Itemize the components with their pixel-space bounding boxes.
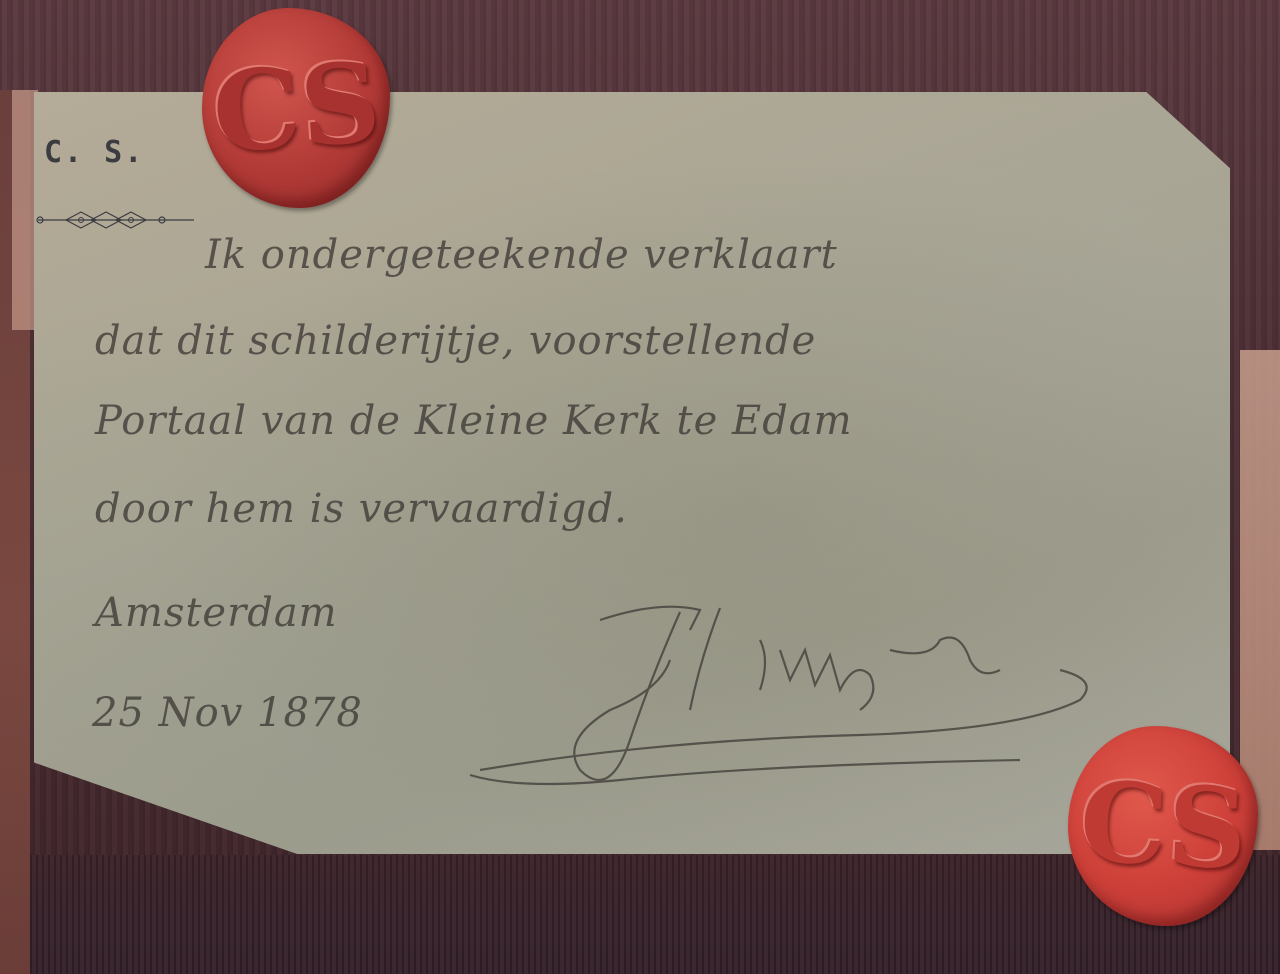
seal-monogram: CS <box>1077 767 1250 886</box>
handwritten-line-4: door hem is vervaardigd. <box>95 486 628 532</box>
handwritten-date: 25 Nov 1878 <box>92 690 363 736</box>
handwritten-line-1: Ik ondergeteekende verklaart <box>205 232 838 278</box>
handwritten-line-2: dat dit schilderijtje, voorstellende <box>95 318 816 364</box>
handwritten-place: Amsterdam <box>95 590 338 636</box>
signature-icon <box>460 600 1100 810</box>
ornament-rule-icon <box>36 210 196 230</box>
printed-initials: C. S. <box>44 135 144 170</box>
seal-monogram: CS <box>209 47 383 168</box>
handwritten-line-3: Portaal van de Kleine Kerk te Edam <box>95 398 853 444</box>
